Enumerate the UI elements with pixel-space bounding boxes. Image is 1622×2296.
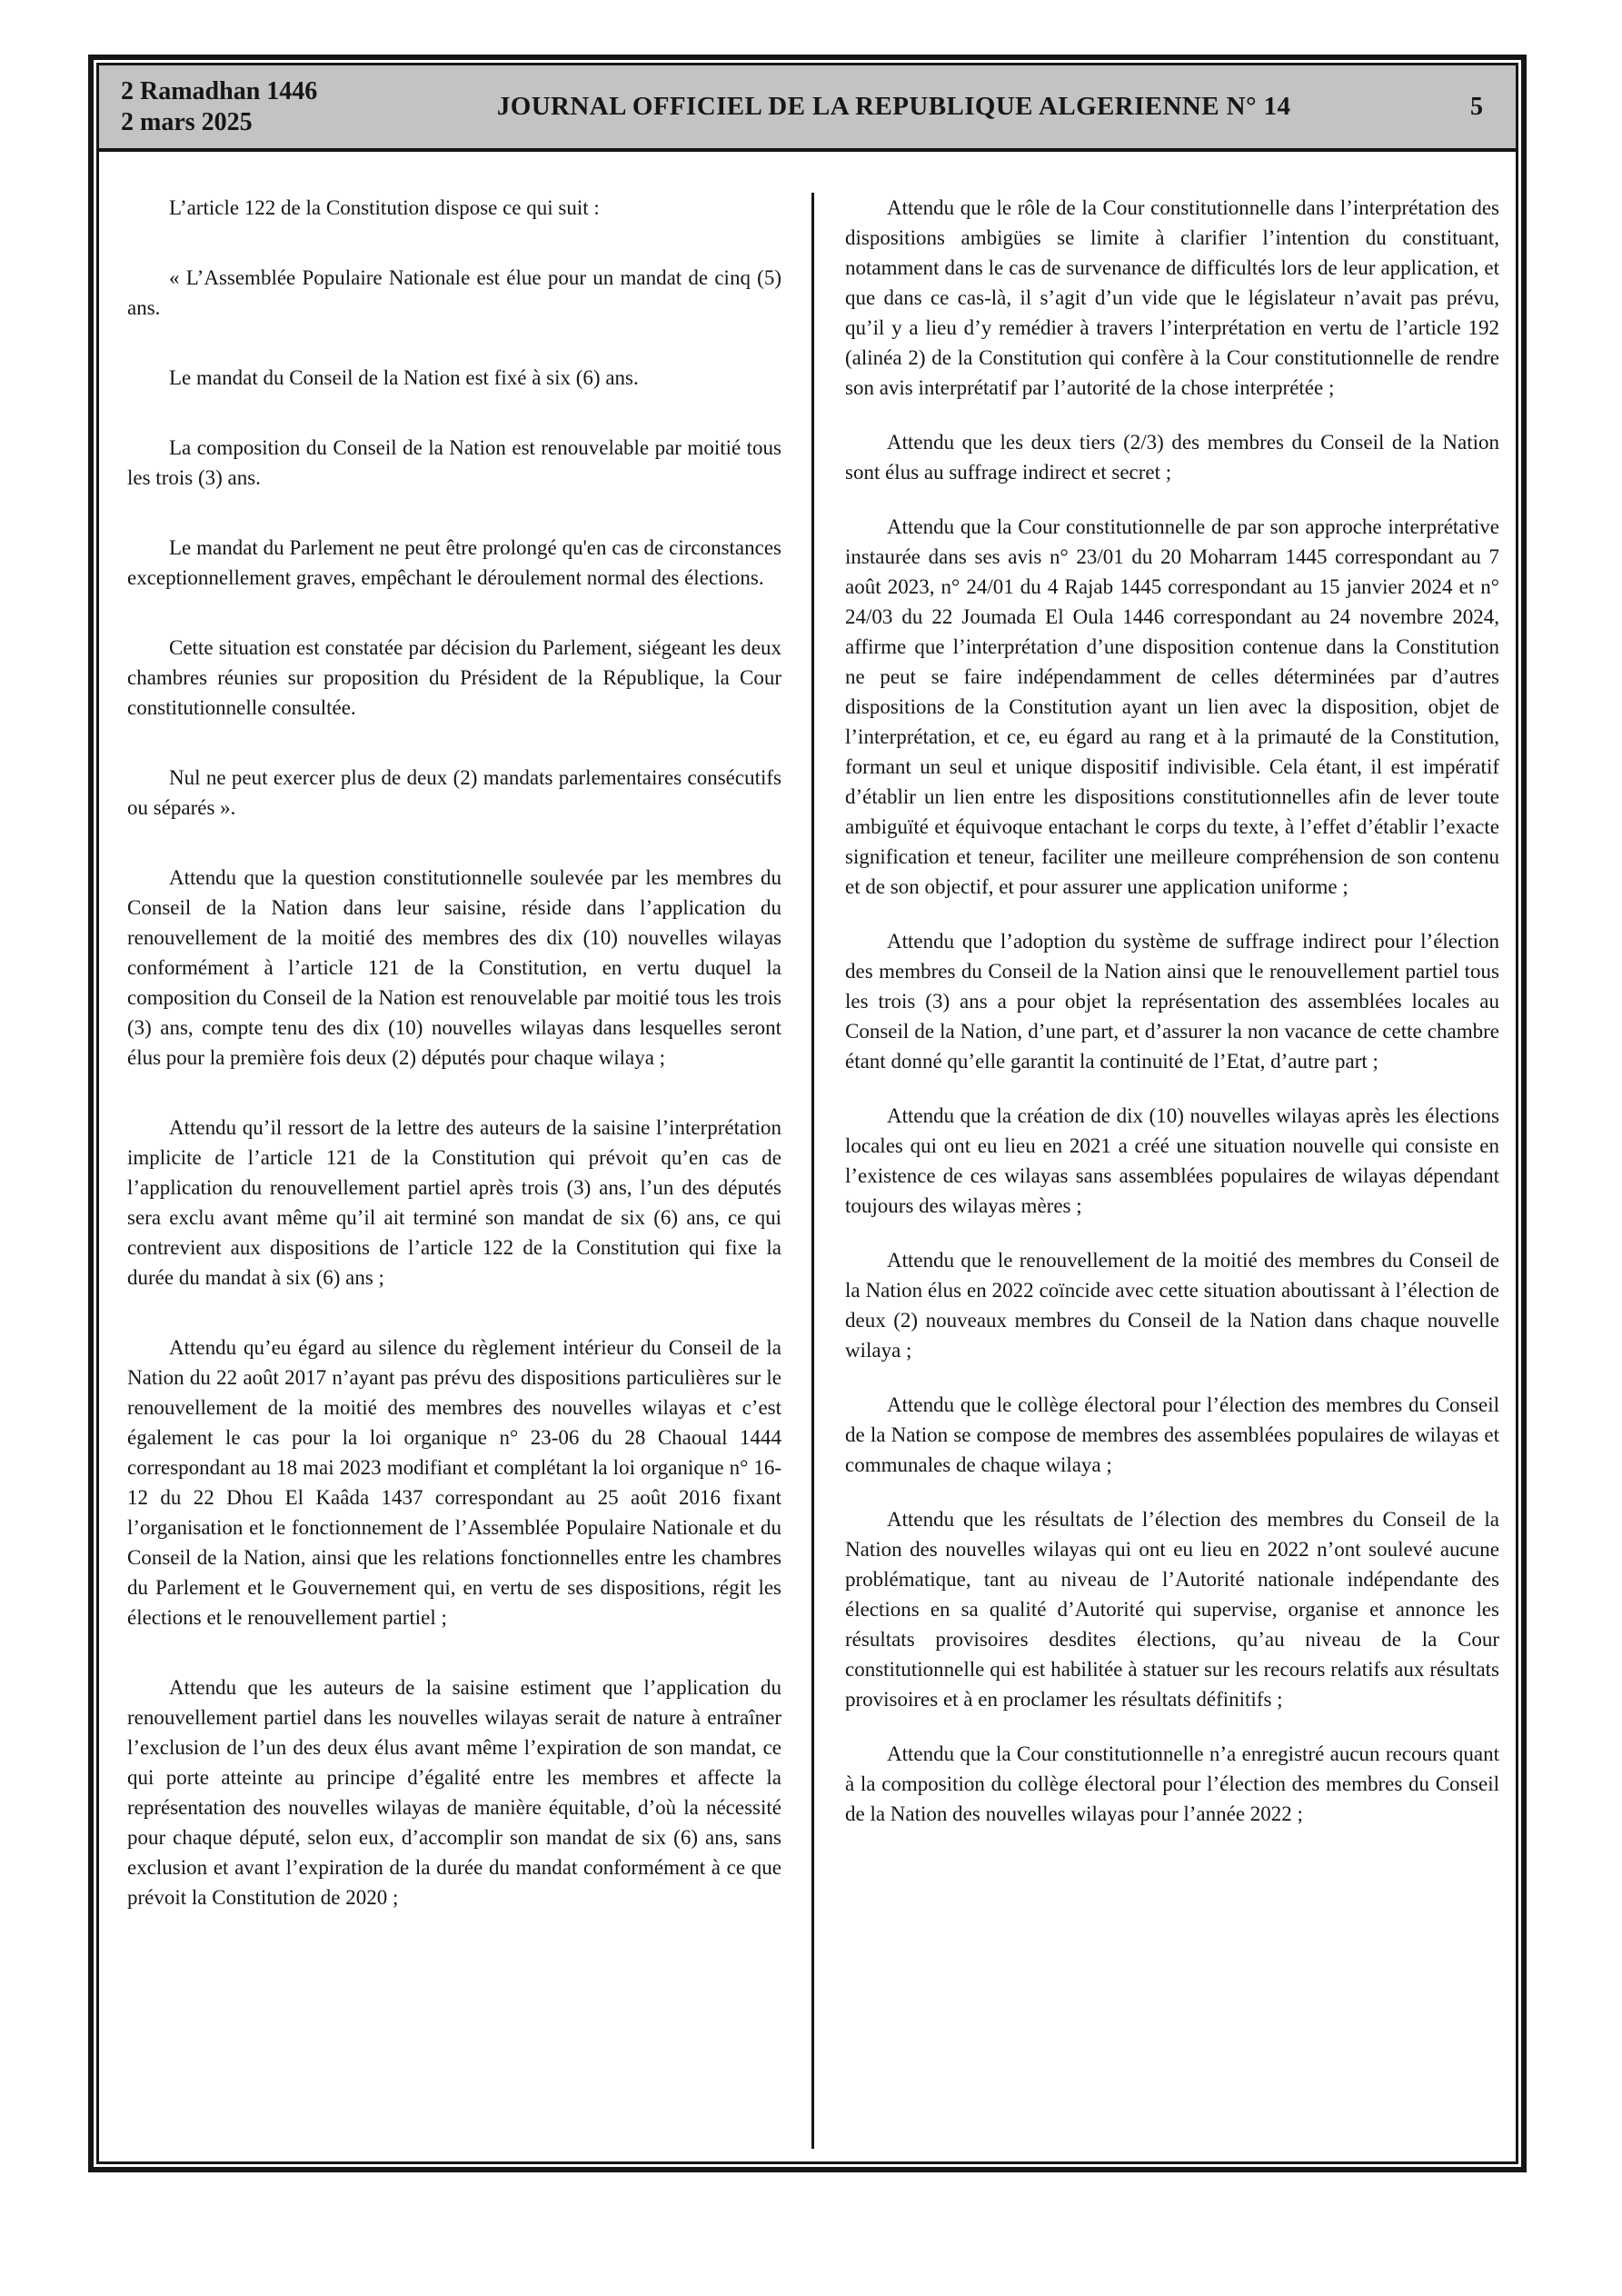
paragraph: Attendu qu’eu égard au silence du règlem… bbox=[127, 1333, 781, 1632]
paragraph: Nul ne peut exercer plus de deux (2) man… bbox=[127, 763, 781, 823]
page-number: 5 bbox=[1470, 65, 1483, 148]
paragraph: Cette situation est constatée par décisi… bbox=[127, 633, 781, 723]
paragraph: Attendu que la création de dix (10) nouv… bbox=[845, 1101, 1499, 1221]
paragraph: Le mandat du Conseil de la Nation est fi… bbox=[127, 363, 781, 393]
paragraph: Attendu que la question constitutionnell… bbox=[127, 863, 781, 1073]
paragraph: Attendu qu’il ressort de la lettre des a… bbox=[127, 1113, 781, 1293]
paragraph: Attendu que l’adoption du système de suf… bbox=[845, 926, 1499, 1076]
paragraph: Attendu que la Cour constitutionnelle n’… bbox=[845, 1739, 1499, 1829]
paragraph: Attendu que les résultats de l’élection … bbox=[845, 1504, 1499, 1714]
paragraph: Attendu que le collège électoral pour l’… bbox=[845, 1390, 1499, 1480]
date-hijri: 2 Ramadhan 1446 bbox=[121, 78, 317, 105]
paragraph: Attendu que le renouvellement de la moit… bbox=[845, 1245, 1499, 1365]
date-gregorian: 2 mars 2025 bbox=[121, 109, 317, 136]
paragraph: La composition du Conseil de la Nation e… bbox=[127, 433, 781, 493]
journal-title: JOURNAL OFFICIEL DE LA REPUBLIQUE ALGERI… bbox=[317, 65, 1470, 148]
journal-page: 2 Ramadhan 1446 2 mars 2025 JOURNAL OFFI… bbox=[0, 0, 1622, 2296]
right-column: Attendu que le rôle de la Cour constitut… bbox=[845, 193, 1499, 2149]
paragraph: L’article 122 de la Constitution dispose… bbox=[127, 193, 781, 223]
header-dates: 2 Ramadhan 1446 2 mars 2025 bbox=[121, 65, 317, 148]
page-outer-frame: 2 Ramadhan 1446 2 mars 2025 JOURNAL OFFI… bbox=[88, 55, 1527, 2172]
paragraph: Attendu que le rôle de la Cour constitut… bbox=[845, 193, 1499, 403]
paragraph: Attendu que la Cour constitutionnelle de… bbox=[845, 512, 1499, 902]
paragraph: Attendu que les deux tiers (2/3) des mem… bbox=[845, 427, 1499, 487]
paragraph: « L’Assemblée Populaire Nationale est él… bbox=[127, 263, 781, 323]
paragraph: Le mandat du Parlement ne peut être prol… bbox=[127, 533, 781, 593]
paragraph: Attendu que les auteurs de la saisine es… bbox=[127, 1672, 781, 1912]
page-inner-frame: 2 Ramadhan 1446 2 mars 2025 JOURNAL OFFI… bbox=[96, 63, 1518, 2164]
page-content: L’article 122 de la Constitution dispose… bbox=[99, 152, 1516, 2161]
column-divider-line bbox=[811, 193, 814, 2149]
left-column: L’article 122 de la Constitution dispose… bbox=[127, 193, 781, 2149]
header-band: 2 Ramadhan 1446 2 mars 2025 JOURNAL OFFI… bbox=[99, 65, 1516, 152]
